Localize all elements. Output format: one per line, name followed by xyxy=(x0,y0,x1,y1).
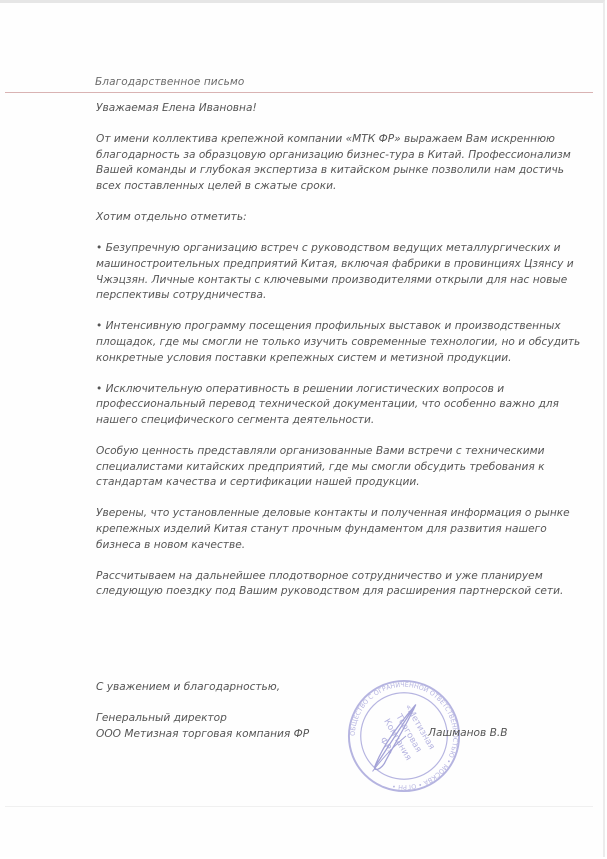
header-divider xyxy=(5,92,593,93)
bullet-exhibitions: • Интенсивную программу посещения профил… xyxy=(96,319,586,366)
document-title: Благодарственное письмо xyxy=(95,76,244,88)
greeting: Уважаемая Елена Ивановна! xyxy=(96,101,586,117)
signer-position: Генеральный директор xyxy=(96,711,309,727)
footer-divider xyxy=(5,806,593,807)
signature-block: С уважением и благодарностью, Генеральны… xyxy=(96,680,309,742)
bullet-logistics: • Исключительную оперативность в решении… xyxy=(96,382,586,429)
signer-company: ООО Метизная торговая компания ФР xyxy=(96,727,309,743)
letter-body: Уважаемая Елена Ивановна! От имени колле… xyxy=(96,101,586,616)
paragraph-confidence: Уверены, что установленные деловые конта… xyxy=(96,506,586,553)
paragraph-intro: От имени коллектива крепежной компании «… xyxy=(96,132,586,194)
paragraph-technical-meetings: Особую ценность представляли организован… xyxy=(96,444,586,491)
closing-line: С уважением и благодарностью, xyxy=(96,680,309,696)
letter-page: Благодарственное письмо Уважаемая Елена … xyxy=(0,0,605,857)
signer-name: Лашманов В.В xyxy=(428,727,508,739)
bullet-meetings: • Безупречную организацию встреч с руков… xyxy=(96,241,586,303)
paragraph-highlights-lead: Хотим отдельно отметить: xyxy=(96,210,586,226)
paragraph-future: Рассчитываем на дальнейшее плодотворное … xyxy=(96,569,586,600)
